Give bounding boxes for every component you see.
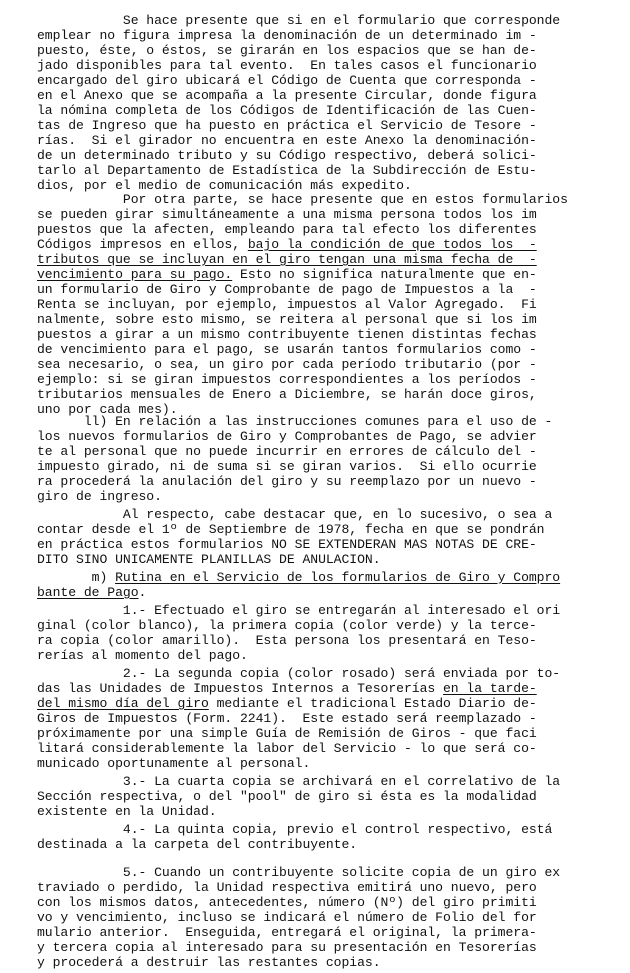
paragraph-item-3: 3.- La cuarta copia se archivará en el c…: [37, 774, 629, 819]
text-line: bante de Pago.: [37, 585, 629, 600]
text-line: y tercera copia al interesado para su pr…: [37, 940, 629, 955]
underlined-text: en la tarde-: [443, 681, 537, 696]
text-segment: rerías al momento del pago.: [37, 648, 248, 663]
text-line: contar desde el 1º de Septiembre de 1978…: [37, 522, 629, 537]
text-line: en el Anexo que se acompaña a la present…: [37, 88, 629, 103]
underlined-text: bante de Pago: [37, 585, 139, 600]
text-line: Al respecto, cabe destacar que, en lo su…: [37, 507, 629, 522]
text-line: 2.- La segunda copia (color rosado) será…: [37, 666, 629, 681]
text-line: vencimiento para su pago. Esto no signif…: [37, 267, 629, 282]
text-line: traviado o perdido, la Unidad respectiva…: [37, 880, 629, 895]
text-segment: emplear no figura impresa la denominació…: [37, 28, 537, 43]
text-segment: de un determinado tributo y su Código re…: [37, 148, 537, 163]
text-line: de vencimiento para el pago, se usarán t…: [37, 342, 629, 357]
text-segment: nalmente, sobre esto mismo, se reitera a…: [37, 312, 537, 327]
underlined-text: bajo la condición de que todos los -: [248, 237, 537, 252]
text-segment: giro de ingreso.: [37, 489, 162, 504]
text-segment: Esto no significa naturalmente que en-: [232, 267, 537, 282]
text-segment: los nuevos formularios de Giro y Comprob…: [37, 429, 537, 444]
text-line: un formulario de Giro y Comprobante de p…: [37, 282, 629, 297]
text-line: encargado del giro ubicará el Código de …: [37, 73, 629, 88]
text-segment: 2.- La segunda copia (color rosado) será…: [37, 666, 560, 681]
text-segment: das las Unidades de Impuestos Internos a…: [37, 681, 443, 696]
text-segment: un formulario de Giro y Comprobante de p…: [37, 282, 537, 297]
text-segment: 3.- La cuarta copia se archivará en el c…: [37, 774, 560, 789]
text-line: destinada a la carpeta del contribuyente…: [37, 837, 629, 852]
text-segment: mediante el tradicional Estado Diario de…: [209, 696, 537, 711]
text-line: te al personal que no puede incurrir en …: [37, 444, 629, 459]
text-segment: se pueden girar simultáneamente a una mi…: [37, 207, 537, 222]
text-segment: dios, por el medio de comunicación más e…: [37, 178, 412, 193]
text-segment: encargado del giro ubicará el Código de …: [37, 73, 537, 88]
text-line: tributos que se incluyan en el giro teng…: [37, 252, 629, 267]
text-line: mulario anterior. Enseguida, entregará e…: [37, 925, 629, 940]
text-segment: traviado o perdido, la Unidad respectiva…: [37, 880, 537, 895]
text-line: 4.- La quinta copia, previo el control r…: [37, 822, 629, 837]
text-segment: puestos que la afecten, empleando para t…: [37, 222, 537, 237]
text-line: ll) En relación a las instrucciones comu…: [37, 414, 629, 429]
text-line: la nómina completa de los Códigos de Ide…: [37, 103, 629, 118]
text-line: y procederá a destruir las restantes cop…: [37, 955, 629, 970]
text-segment: sea necesario, o sea, un giro por cada p…: [37, 357, 537, 372]
text-line: dios, por el medio de comunicación más e…: [37, 178, 629, 193]
text-segment: Renta se incluyan, por ejemplo, impuesto…: [37, 297, 537, 312]
text-segment: puesto, éste, o éstos, se girarán en los…: [37, 43, 537, 58]
text-line: rerías al momento del pago.: [37, 648, 629, 663]
text-line: das las Unidades de Impuestos Internos a…: [37, 681, 629, 696]
text-segment: Códigos impresos en ellos,: [37, 237, 248, 252]
text-line: 3.- La cuarta copia se archivará en el c…: [37, 774, 629, 789]
text-segment: ejemplo: si se giran impuestos correspon…: [37, 372, 537, 387]
text-segment: la nómina completa de los Códigos de Ide…: [37, 103, 537, 118]
text-segment: próximamente por una simple Guía de Remi…: [37, 726, 537, 741]
text-line: vo y vencimiento, incluso se indicará el…: [37, 910, 629, 925]
text-segment: ll) En relación a las instrucciones comu…: [37, 414, 552, 429]
paragraph-item-5: 5.- Cuando un contribuyente solicite cop…: [37, 865, 629, 970]
text-segment: 5.- Cuando un contribuyente solicite cop…: [37, 865, 560, 880]
text-line: Por otra parte, se hace presente que en …: [37, 192, 629, 207]
text-line: rías. Si el girador no encuentra en este…: [37, 133, 629, 148]
text-segment: Se hace presente que si en el formulario…: [37, 13, 560, 28]
text-segment: contar desde el 1º de Septiembre de 1978…: [37, 522, 545, 537]
document-page: Se hace presente que si en el formulario…: [0, 0, 630, 973]
text-segment: jado disponibles para tal evento. En tal…: [37, 58, 537, 73]
text-line: Códigos impresos en ellos, bajo la condi…: [37, 237, 629, 252]
text-line: con los mismos datos, antecedentes, núme…: [37, 895, 629, 910]
text-line: puesto, éste, o éstos, se girarán en los…: [37, 43, 629, 58]
text-segment: tributarios mensuales de Enero a Diciemb…: [37, 387, 537, 402]
text-line: tas de Ingreso que ha puesto en práctica…: [37, 118, 629, 133]
text-segment: litará considerablemente la labor del Se…: [37, 741, 537, 756]
text-line: emplear no figura impresa la denominació…: [37, 28, 629, 43]
underlined-text: tributos que se incluyan en el giro teng…: [37, 252, 537, 267]
paragraph-item-4: 4.- La quinta copia, previo el control r…: [37, 822, 629, 852]
underlined-text: Rutina en el Servicio de los formularios…: [115, 570, 560, 585]
text-line: en práctica estos formularios NO SE EXTE…: [37, 537, 629, 552]
text-line: de un determinado tributo y su Código re…: [37, 148, 629, 163]
paragraph-credit-notes: Al respecto, cabe destacar que, en lo su…: [37, 507, 629, 567]
text-line: tarlo al Departamento de Estadística de …: [37, 163, 629, 178]
text-segment: con los mismos datos, antecedentes, núme…: [37, 895, 537, 910]
text-segment: 4.- La quinta copia, previo el control r…: [37, 822, 552, 837]
text-line: se pueden girar simultáneamente a una mi…: [37, 207, 629, 222]
text-segment: tarlo al Departamento de Estadística de …: [37, 163, 537, 178]
text-segment: de vencimiento para el pago, se usarán t…: [37, 342, 537, 357]
text-segment: existente en la Unidad.: [37, 804, 217, 819]
text-segment: Giros de Impuestos (Form. 2241). Este es…: [37, 711, 537, 726]
text-line: Se hace presente que si en el formulario…: [37, 13, 629, 28]
paragraph-simultaneous-taxes: Por otra parte, se hace presente que en …: [37, 192, 629, 417]
text-segment: Sección respectiva, o del "pool" de giro…: [37, 789, 537, 804]
text-line: impuesto girado, ni de suma si se giran …: [37, 459, 629, 474]
text-line: municado oportunamente al personal.: [37, 756, 629, 771]
text-line: m) Rutina en el Servicio de los formular…: [37, 570, 629, 585]
text-line: ra copia (color amarillo). Esta persona …: [37, 633, 629, 648]
text-line: ra procederá la anulación del giro y su …: [37, 474, 629, 489]
text-segment: ra copia (color amarillo). Esta persona …: [37, 633, 537, 648]
text-segment: y tercera copia al interesado para su pr…: [37, 940, 537, 955]
text-line: los nuevos formularios de Giro y Comprob…: [37, 429, 629, 444]
text-line: Renta se incluyan, por ejemplo, impuesto…: [37, 297, 629, 312]
text-line: 1.- Efectuado el giro se entregarán al i…: [37, 603, 629, 618]
text-segment: en práctica estos formularios NO SE EXTE…: [37, 537, 537, 552]
text-line: ejemplo: si se giran impuestos correspon…: [37, 372, 629, 387]
text-line: DITO SINO UNICAMENTE PLANILLAS DE ANULAC…: [37, 552, 629, 567]
paragraph-item-2: 2.- La segunda copia (color rosado) será…: [37, 666, 629, 771]
paragraph-calculation-errors: ll) En relación a las instrucciones comu…: [37, 414, 629, 504]
text-line: ginal (color blanco), la primera copia (…: [37, 618, 629, 633]
text-line: del mismo día del giro mediante el tradi…: [37, 696, 629, 711]
section-heading-routine: m) Rutina en el Servicio de los formular…: [37, 570, 629, 600]
text-segment: m): [37, 570, 115, 585]
text-segment: vo y vencimiento, incluso se indicará el…: [37, 910, 537, 925]
text-line: existente en la Unidad.: [37, 804, 629, 819]
text-segment: Por otra parte, se hace presente que en …: [37, 192, 568, 207]
text-line: 5.- Cuando un contribuyente solicite cop…: [37, 865, 629, 880]
text-segment: destinada a la carpeta del contribuyente…: [37, 837, 357, 852]
text-line: próximamente por una simple Guía de Remi…: [37, 726, 629, 741]
text-segment: DITO SINO UNICAMENTE PLANILLAS DE ANULAC…: [37, 552, 381, 567]
underlined-text: vencimiento para su pago.: [37, 267, 232, 282]
paragraph-codes-annex: Se hace presente que si en el formulario…: [37, 13, 629, 193]
text-segment: ginal (color blanco), la primera copia (…: [37, 618, 537, 633]
text-line: puestos que la afecten, empleando para t…: [37, 222, 629, 237]
text-segment: en el Anexo que se acompaña a la present…: [37, 88, 537, 103]
text-line: jado disponibles para tal evento. En tal…: [37, 58, 629, 73]
text-line: puestos a girar a un mismo contribuyente…: [37, 327, 629, 342]
text-segment: te al personal que no puede incurrir en …: [37, 444, 537, 459]
paragraph-item-1: 1.- Efectuado el giro se entregarán al i…: [37, 603, 629, 663]
text-line: Sección respectiva, o del "pool" de giro…: [37, 789, 629, 804]
text-line: sea necesario, o sea, un giro por cada p…: [37, 357, 629, 372]
text-line: litará considerablemente la labor del Se…: [37, 741, 629, 756]
text-line: Giros de Impuestos (Form. 2241). Este es…: [37, 711, 629, 726]
text-segment: y procederá a destruir las restantes cop…: [37, 955, 381, 970]
text-segment: Al respecto, cabe destacar que, en lo su…: [37, 507, 552, 522]
text-segment: ra procederá la anulación del giro y su …: [37, 474, 537, 489]
text-segment: municado oportunamente al personal.: [37, 756, 310, 771]
text-segment: .: [139, 585, 147, 600]
text-segment: mulario anterior. Enseguida, entregará e…: [37, 925, 537, 940]
text-segment: puestos a girar a un mismo contribuyente…: [37, 327, 537, 342]
text-segment: tas de Ingreso que ha puesto en práctica…: [37, 118, 537, 133]
text-line: giro de ingreso.: [37, 489, 629, 504]
text-segment: 1.- Efectuado el giro se entregarán al i…: [37, 603, 560, 618]
underlined-text: del mismo día del giro: [37, 696, 209, 711]
text-line: tributarios mensuales de Enero a Diciemb…: [37, 387, 629, 402]
text-line: nalmente, sobre esto mismo, se reitera a…: [37, 312, 629, 327]
text-segment: impuesto girado, ni de suma si se giran …: [37, 459, 537, 474]
text-segment: rías. Si el girador no encuentra en este…: [37, 133, 537, 148]
